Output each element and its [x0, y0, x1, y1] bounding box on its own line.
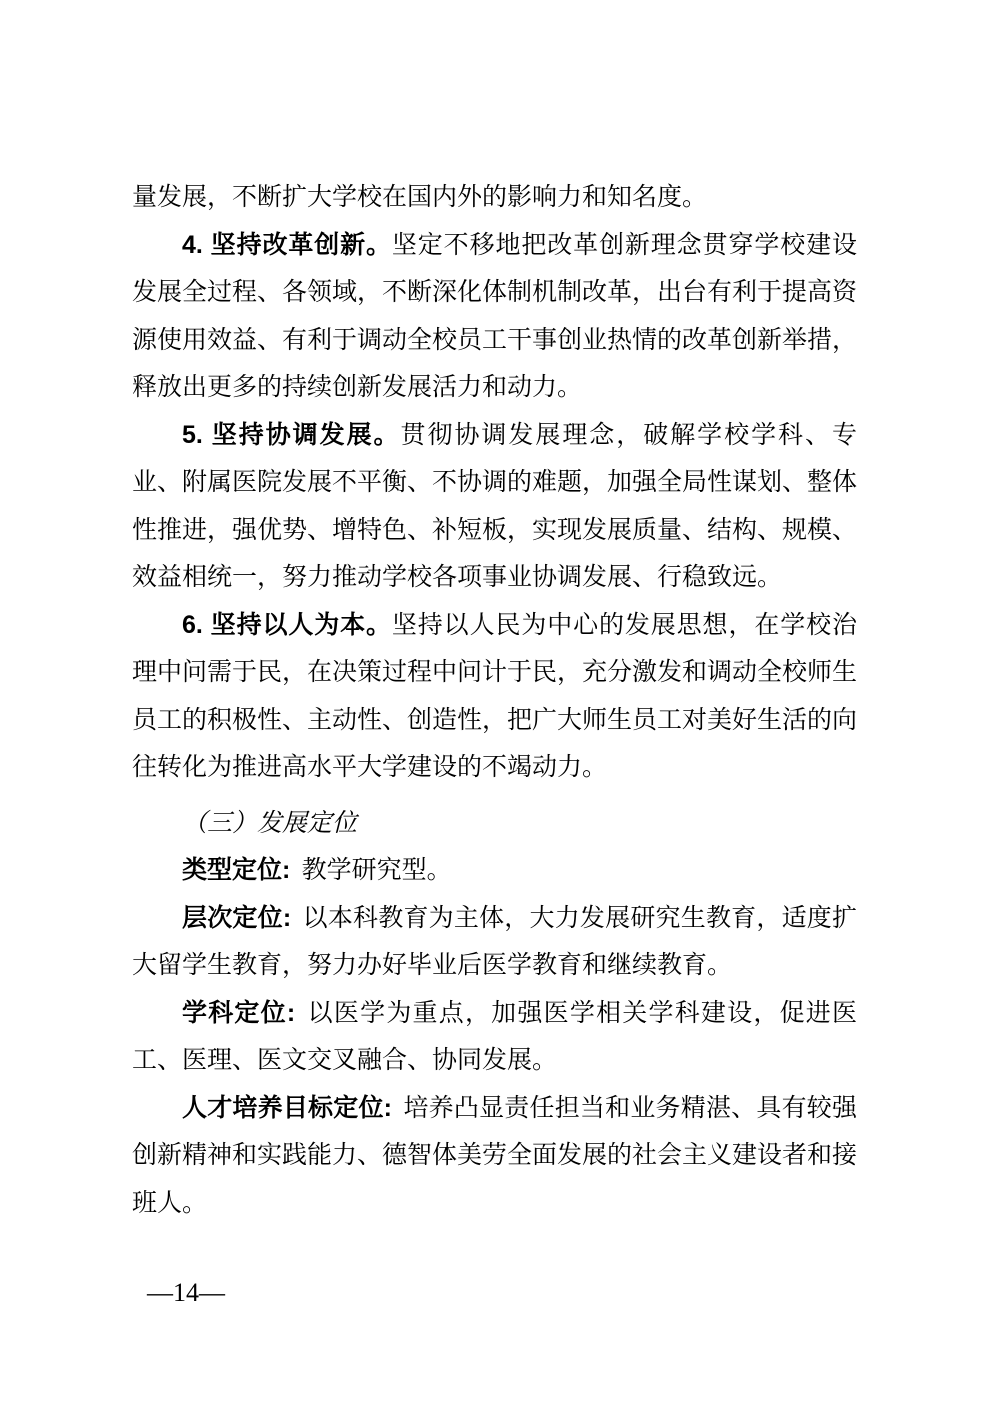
principle-paragraph-5: 5. 坚持协调发展。贯彻协调发展理念，破解学校学科、专业、附属医院发展不平衡、不…: [132, 412, 857, 602]
positioning-paragraph-discipline: 学科定位:以医学为重点，加强医学相关学科建设，促进医工、医理、医文交叉融合、协同…: [132, 990, 857, 1085]
principle-6-heading: 6. 坚持以人为本。: [182, 611, 392, 639]
principle-5-heading: 5. 坚持协调发展。: [182, 421, 401, 449]
positioning-level-label: 层次定位:: [182, 904, 291, 932]
positioning-paragraph-type: 类型定位:教学研究型。: [132, 847, 857, 895]
document-page: 量发展，不断扩大学校在国内外的影响力和知名度。 4. 坚持改革创新。坚定不移地把…: [0, 0, 991, 1403]
positioning-paragraph-talent: 人才培养目标定位:培养凸显责任担当和业务精湛、具有较强创新精神和实践能力、德智体…: [132, 1085, 857, 1228]
page-number: —14—: [147, 1278, 225, 1308]
positioning-type-label: 类型定位:: [182, 856, 290, 884]
document-body: 量发展，不断扩大学校在国内外的影响力和知名度。 4. 坚持改革创新。坚定不移地把…: [132, 174, 857, 1227]
positioning-discipline-label: 学科定位:: [182, 999, 295, 1027]
section-heading-development-positioning: （三）发展定位: [132, 800, 857, 848]
principle-paragraph-6: 6. 坚持以人为本。坚持以人民为中心的发展思想，在学校治理中问需于民，在决策过程…: [132, 602, 857, 792]
positioning-paragraph-level: 层次定位:以本科教育为主体，大力发展研究生教育，适度扩大留学生教育，努力办好毕业…: [132, 895, 857, 990]
principle-4-heading: 4. 坚持改革创新。: [182, 231, 392, 259]
positioning-type-text: 教学研究型。: [302, 857, 452, 884]
positioning-talent-label: 人才培养目标定位:: [182, 1094, 392, 1122]
principle-paragraph-4: 4. 坚持改革创新。坚定不移地把改革创新理念贯穿学校建设发展全过程、各领域，不断…: [132, 222, 857, 412]
continuation-paragraph: 量发展，不断扩大学校在国内外的影响力和知名度。: [132, 174, 857, 222]
